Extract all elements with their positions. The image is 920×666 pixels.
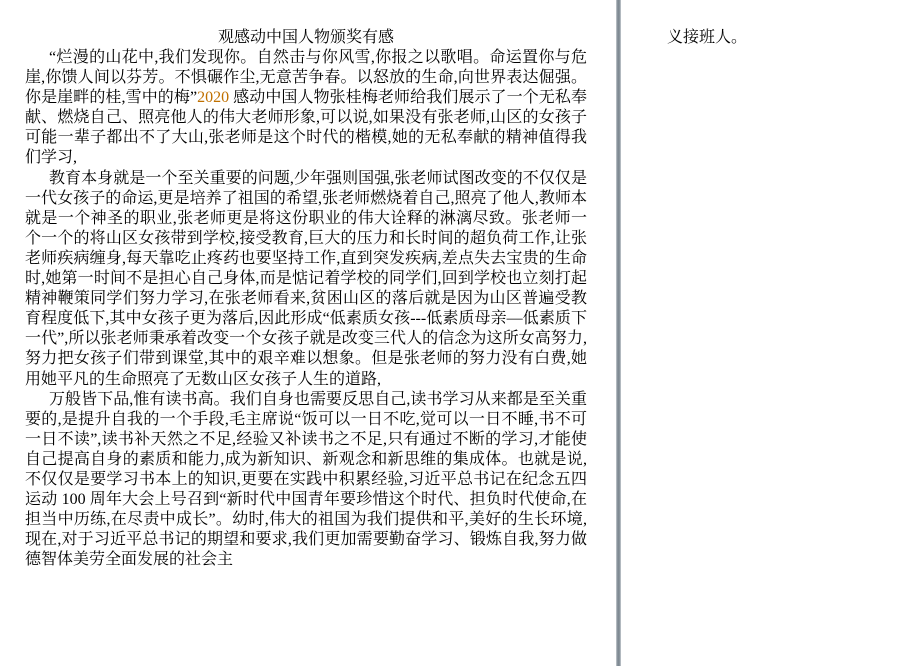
document-body: “烂漫的山花中,我们发现你。自然击与你风雪,你报之以歌唱。命运置你与危崖,你馈人… bbox=[25, 48, 587, 570]
paragraph-text: 周年大会上号召到“新时代中国青年要珍惜这个时代、担负时代使命,在担当中历练,在尽… bbox=[25, 491, 587, 568]
accent-number: 2020 bbox=[197, 89, 229, 106]
page-1: 观感动中国人物颁奖有感 “烂漫的山花中,我们发现你。自然击与你风雪,你报之以歌唱… bbox=[0, 0, 616, 666]
paragraph: 万般皆下品,惟有读书高。我们自身也需要反思自己,读书学习从来都是至关重要的,是提… bbox=[25, 390, 587, 571]
continuation-text: 义接班人。 bbox=[621, 0, 920, 48]
paragraph-text: 教育本身就是一个至关重要的问题,少年强则国强,张老师试图改变的不仅仅是一代女孩子… bbox=[25, 170, 587, 388]
page-1-content: 观感动中国人物颁奖有感 “烂漫的山花中,我们发现你。自然击与你风雪,你报之以歌唱… bbox=[0, 0, 616, 570]
document-title: 观感动中国人物颁奖有感 bbox=[25, 28, 587, 48]
document-view: 观感动中国人物颁奖有感 “烂漫的山花中,我们发现你。自然击与你风雪,你报之以歌唱… bbox=[0, 0, 920, 666]
latin-number: 100 bbox=[62, 491, 86, 508]
page-2: 义接班人。 bbox=[621, 0, 920, 666]
paragraph: 教育本身就是一个至关重要的问题,少年强则国强,张老师试图改变的不仅仅是一代女孩子… bbox=[25, 169, 587, 390]
paragraph: “烂漫的山花中,我们发现你。自然击与你风雪,你报之以歌唱。命运置你与危崖,你馈人… bbox=[25, 48, 587, 169]
